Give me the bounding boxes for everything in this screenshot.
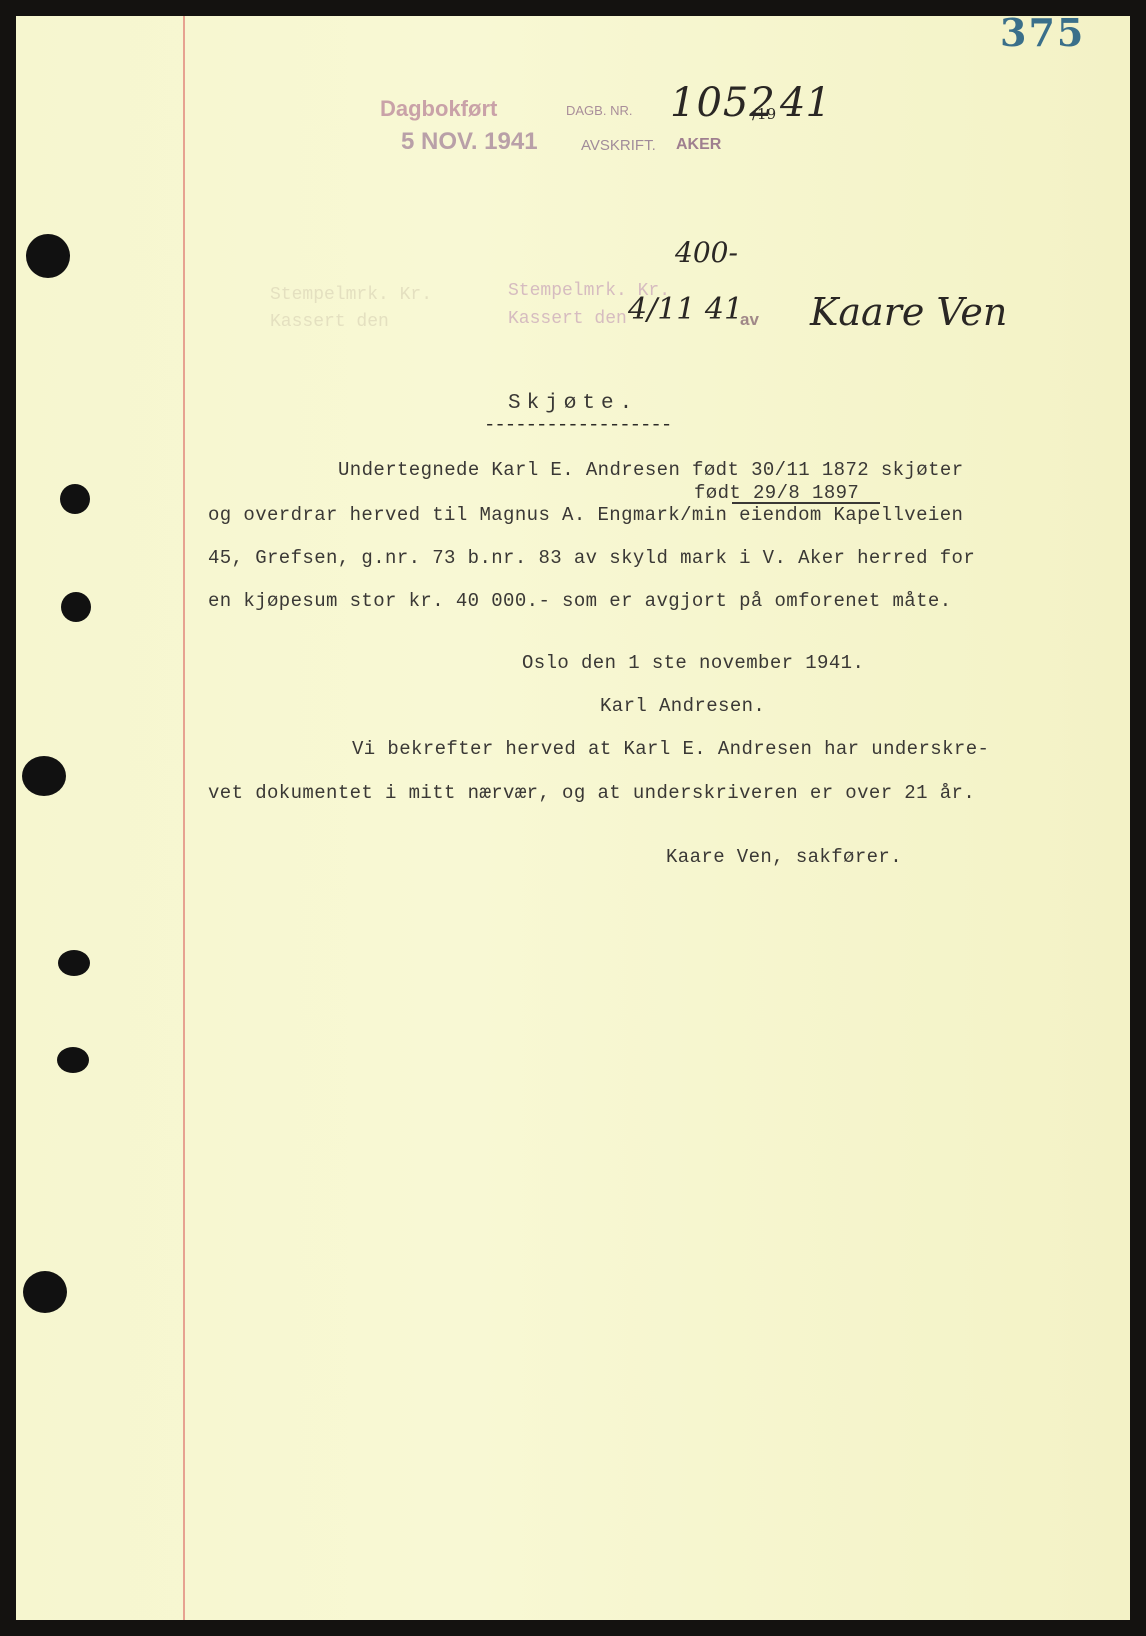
document-page (16, 16, 1130, 1620)
punch-hole-icon (57, 1047, 89, 1073)
witness-line1: Vi bekrefter herved at Karl E. Andresen … (352, 738, 989, 760)
document-title: Skjøte. (508, 392, 638, 415)
page-number: 375 (1000, 10, 1085, 55)
signature-seller: Karl Andresen. (600, 695, 765, 717)
witness-line2: vet dokumentet i mitt nærvær, og at unde… (208, 782, 975, 804)
stamp-year-prefix: /19 (752, 105, 776, 123)
handwritten-amount: 400- (675, 236, 738, 269)
punch-hole-icon (58, 950, 90, 976)
signature-lawyer: Kaare Ven, sakfører. (666, 846, 902, 868)
margin-line (183, 16, 185, 1620)
handwritten-signature: Kaare Ven (810, 290, 1007, 334)
stempel-line2: Kassert den (508, 309, 627, 329)
stamp-avskrift: AVSKRIFT. (581, 137, 656, 154)
stamp-aker: AKER (676, 136, 721, 154)
faint-stempel-line2: Kassert den (270, 312, 389, 332)
faint-stempel-line1: Stempelmrk. Kr. (270, 285, 432, 305)
paragraph1-line1: Undertegnede Karl E. Andresen født 30/11… (338, 459, 964, 481)
paragraph1-line4: en kjøpesum stor kr. 40 000.- som er avg… (208, 590, 952, 612)
punch-hole-icon (26, 234, 70, 278)
punch-hole-icon (60, 484, 90, 514)
stamp-av: av (740, 310, 759, 330)
punch-hole-icon (22, 756, 66, 796)
handwritten-dagb-year: 41 (780, 80, 831, 126)
punch-hole-icon (23, 1271, 67, 1313)
paragraph1-insert: født 29/8 1897 (694, 482, 859, 504)
paragraph1-line3: 45, Grefsen, g.nr. 73 b.nr. 83 av skyld … (208, 547, 975, 569)
punch-hole-icon (61, 592, 91, 622)
handwritten-date: 4/11 41 (628, 292, 743, 327)
paragraph1-line2: og overdrar herved til Magnus A. Engmark… (208, 504, 963, 526)
title-underline: ------------------ (484, 414, 671, 436)
stamp-date: 5 NOV. 1941 (401, 128, 538, 156)
place-date: Oslo den 1 ste november 1941. (522, 652, 864, 674)
stamp-dagb-label: DAGB. NR. (566, 103, 632, 118)
stamp-dagbokfort: Dagbokført (380, 96, 497, 122)
